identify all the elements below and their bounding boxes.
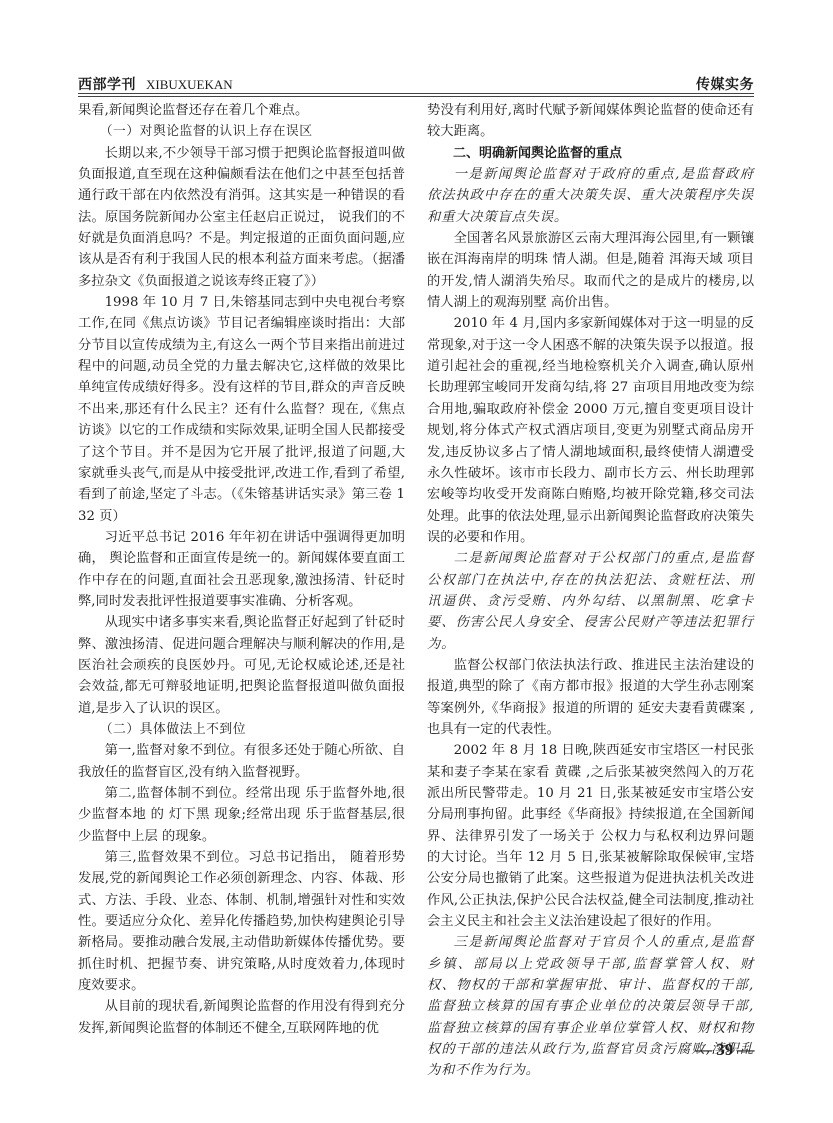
section-heading: 二、明确新闻舆论监督的重点 [427, 143, 754, 164]
key-point-paragraph: 一是新闻舆论监督对于政府的重点,是监督政府依法执政中存在的重大决策失误、重大决策… [427, 164, 754, 228]
header-rule-top [78, 93, 754, 94]
running-header: 西部学刊XIBUXUEKAN 传媒实务 [78, 74, 754, 92]
paragraph: 1998 年 10 月 7 日,朱镕基同志到中央电视台考察工作,在同《焦点访谈》… [78, 292, 405, 527]
left-column: 果看,新闻舆论监督还存在着几个难点。 （一）对舆论监督的认识上存在误区 长期以来… [78, 100, 405, 1039]
paragraph: 从现实中诸多事实来看,舆论监督正好起到了针砭时弊、激浊扬清、促进问题合理解决与顺… [78, 612, 405, 719]
paragraph: 2010 年 4 月,国内多家新闻媒体对于这一明显的反常现象,对于这一令人困惑不… [427, 313, 754, 548]
page-number: — 39 — [695, 1040, 755, 1060]
paragraph: 习近平总书记 2016 年年初在讲话中强调得更加明确， 舆论监督和正面宣传是统一… [78, 527, 405, 612]
paragraph: 果看,新闻舆论监督还存在着几个难点。 [78, 100, 405, 121]
paragraph: 第三,监督效果不到位。习总书记指出， 随着形势发展,党的新闻舆论工作必须创新理念… [78, 847, 405, 996]
paragraph: 第一,监督对象不到位。有很多还处于随心所欲、自我放任的监督盲区,没有纳入监督视野… [78, 740, 405, 783]
paragraph: 2002 年 8 月 18 日晚,陕西延安市宝塔区一村民张某和妻子李某在家看 黄… [427, 740, 754, 932]
paragraph: 长期以来,不少领导干部习惯于把舆论监督报道叫做负面报道,直至现在这种偏颇看法在他… [78, 143, 405, 292]
journal-name-cn: 西部学刊 [78, 77, 136, 93]
key-point-paragraph: 二是新闻舆论监督对于公权部门的重点,是监督公权部门在执法中,存在的执法犯法、贪赃… [427, 548, 754, 655]
paragraph: 势没有利用好,离时代赋予新闻媒体舆论监督的使命还有较大距离。 [427, 100, 754, 143]
section-name: 传媒实务 [696, 74, 754, 94]
paragraph: 从目前的现状看,新闻舆论监督的作用没有得到充分发挥,新闻舆论监督的体制还不健全,… [78, 996, 405, 1039]
right-column: 势没有利用好,离时代赋予新闻媒体舆论监督的使命还有较大距离。 二、明确新闻舆论监… [427, 100, 754, 1082]
journal-name: 西部学刊XIBUXUEKAN [78, 74, 233, 94]
paragraph: 全国著名风景旅游区云南大理洱海公园里,有一颗镶嵌在洱海南岸的明珠 情人湖。但是,… [427, 228, 754, 313]
subheading: （一）对舆论监督的认识上存在误区 [78, 121, 405, 142]
header-rule-bottom [78, 96, 754, 97]
subheading: （二）具体做法上不到位 [78, 719, 405, 740]
paragraph: 监督公权部门依法执法行政、推进民主法治建设的报道,典型的除了《南方都市报》报道的… [427, 655, 754, 740]
journal-name-en: XIBUXUEKAN [146, 77, 233, 92]
paragraph: 第二,监督体制不到位。经常出现 乐于监督外地,很少监督本地 的 灯下黑 现象;经… [78, 783, 405, 847]
